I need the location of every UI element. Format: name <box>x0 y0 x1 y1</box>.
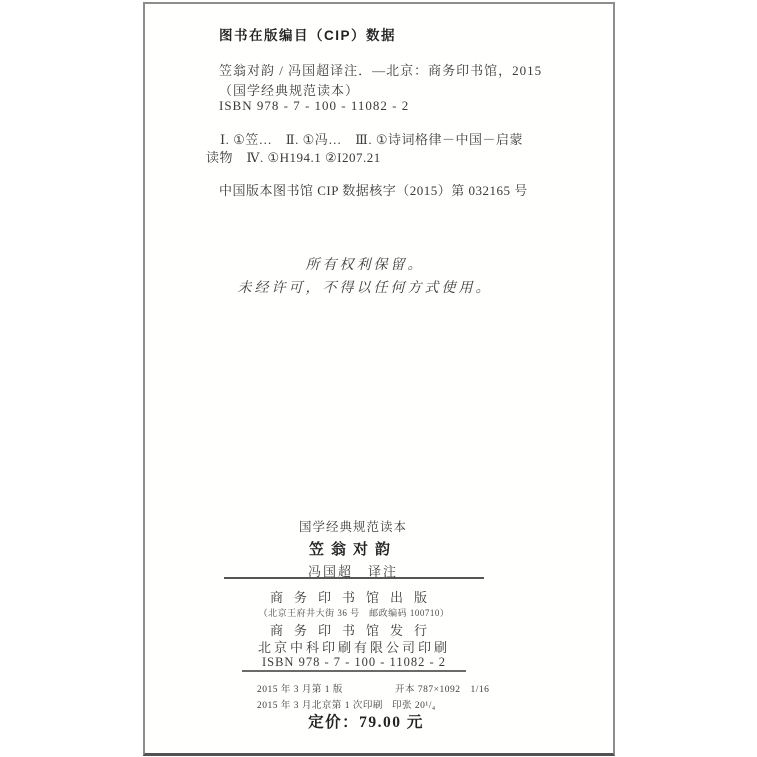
cip-record-number-line: 中国版本图书馆 CIP 数据核字（2015）第 032165 号 <box>219 180 528 199</box>
book-page: 图书在版编目（CIP）数据 笠翁对韵 / 冯国超译注．—北京：商务印书馆，201… <box>143 2 615 756</box>
book-copyright-page-photo: { "cip_section": { "header": "图书在版编目（CIP… <box>0 0 757 757</box>
printing-line: 2015 年 3 月北京第 1 次印刷 <box>257 697 383 711</box>
cip-classification-line-1: Ⅰ. ①笠… Ⅱ. ①冯… Ⅲ. ①诗词格律－中国－启蒙 <box>220 129 523 148</box>
publisher-address-line: （北京王府井大街 36 号 邮政编码 100710） <box>145 606 563 619</box>
rights-notice-line-2: 未经许可，不得以任何方式使用。 <box>145 277 585 297</box>
divider-rule-top <box>224 577 484 579</box>
printer-line: 北京中科印刷有限公司印刷 <box>145 637 563 656</box>
cip-series-line: （国学经典规范读本） <box>219 80 359 99</box>
cip-title-line: 笠翁对韵 / 冯国超译注．—北京：商务印书馆，2015 <box>219 60 542 79</box>
sheets-line: 印张 20¹/₄ <box>392 697 436 711</box>
publisher-publish-line: 商务印书馆出版 <box>145 587 563 606</box>
divider-rule-bottom <box>242 670 466 672</box>
rights-notice-line-1: 所有权利保留。 <box>145 254 585 274</box>
publisher-isbn-line: ISBN 978 - 7 - 100 - 11082 - 2 <box>145 655 563 670</box>
format-line: 开本 787×1092 1/16 <box>395 681 489 695</box>
cip-header: 图书在版编目（CIP）数据 <box>219 24 396 44</box>
price-line: 定价：79.00 元 <box>145 710 587 732</box>
series-name: 国学经典规范读本 <box>145 517 561 535</box>
edition-line: 2015 年 3 月第 1 版 <box>257 681 343 695</box>
cip-classification-line-2: 读物 Ⅳ. ①H194.1 ②I207.21 <box>206 147 381 166</box>
book-title: 笠翁对韵 <box>145 538 561 559</box>
cip-isbn-line: ISBN 978 - 7 - 100 - 11082 - 2 <box>219 98 409 114</box>
